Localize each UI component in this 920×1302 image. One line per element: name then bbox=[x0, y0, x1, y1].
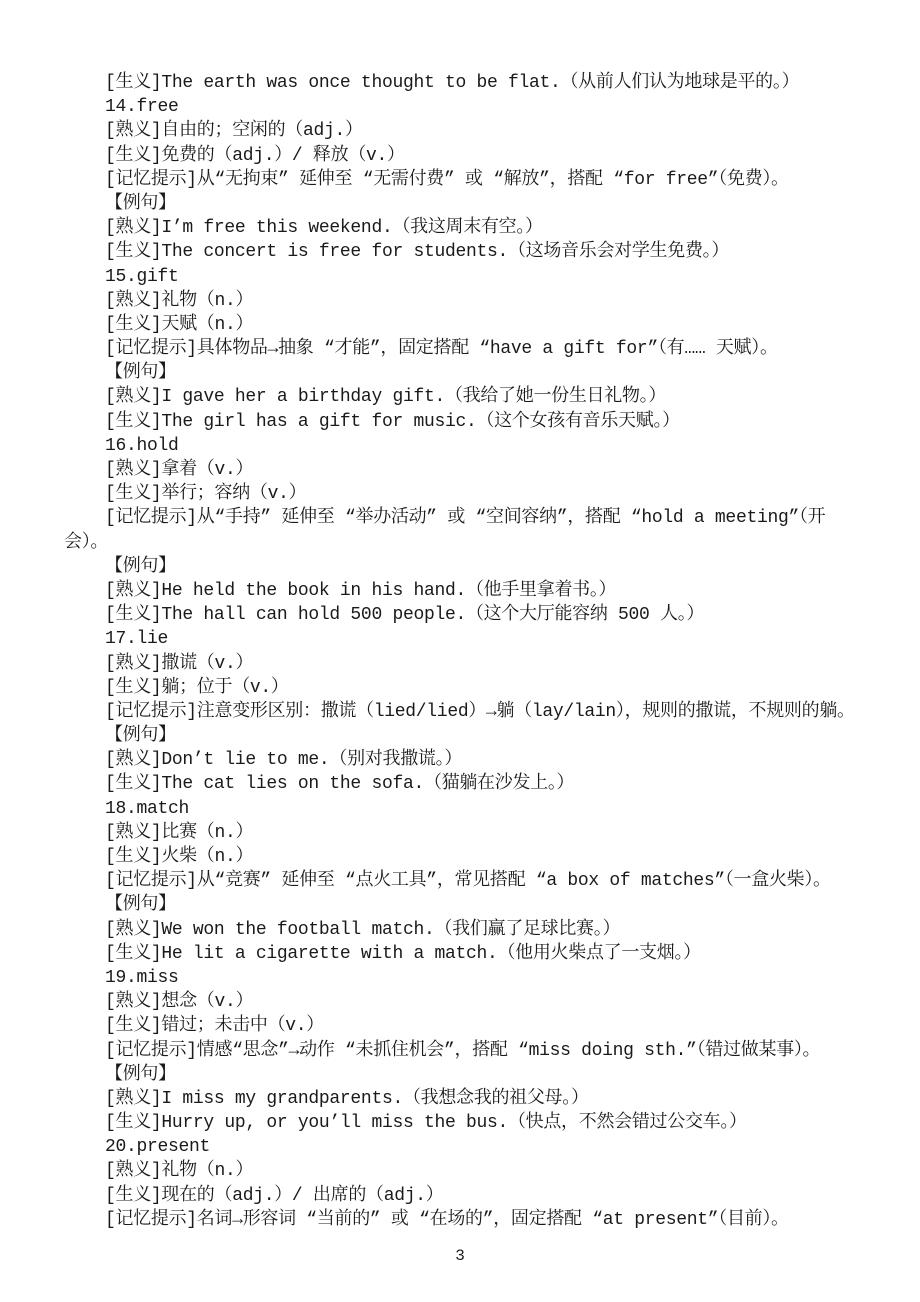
examples-header-line: 【例句】 bbox=[64, 724, 876, 748]
examples-header-line: 【例句】 bbox=[64, 192, 876, 216]
example-new-line: [生义]The girl has a gift for music.（这个女孩有… bbox=[64, 410, 876, 434]
document-body: [生义]The earth was once thought to be fla… bbox=[64, 71, 876, 1232]
entry-header-line: 15.gift bbox=[64, 265, 876, 289]
entry-header-line: 16.hold bbox=[64, 434, 876, 458]
memory-tip-line: [记忆提示]从“无拘束” 延伸至 “无需付费” 或 “解放”，搭配 “for f… bbox=[64, 168, 876, 192]
example-familiar-line: [熟义]He held the book in his hand.（他手里拿着书… bbox=[64, 579, 876, 603]
example-familiar-line: [熟义]I gave her a birthday gift.（我给了她一份生日… bbox=[64, 385, 876, 409]
memory-tip-line: [记忆提示]从“竞赛” 延伸至 “点火工具”，常见搭配 “a box of ma… bbox=[64, 869, 876, 893]
memory-tip-continuation-line: 会）。 bbox=[64, 531, 876, 555]
memory-tip-line: [记忆提示]注意变形区别：撒谎（lied/lied）→躺（lay/lain），规… bbox=[64, 700, 876, 724]
familiar-sense-line: [熟义]想念（v.） bbox=[64, 990, 876, 1014]
new-sense-line: [生义]火柴（n.） bbox=[64, 845, 876, 869]
example-new-line: [生义]The hall can hold 500 people.（这个大厅能容… bbox=[64, 603, 876, 627]
examples-header-line: 【例句】 bbox=[64, 555, 876, 579]
entry-header-line: 17.lie bbox=[64, 627, 876, 651]
example-familiar-line: [熟义]Don’t lie to me.（别对我撒谎。） bbox=[64, 748, 876, 772]
new-sense-line: [生义]举行；容纳（v.） bbox=[64, 482, 876, 506]
page-number: 3 bbox=[0, 1246, 920, 1266]
new-sense-line: [生义]现在的（adj.）/ 出席的（adj.） bbox=[64, 1184, 876, 1208]
example-familiar-line: [熟义]I miss my grandparents.（我想念我的祖父母。） bbox=[64, 1087, 876, 1111]
new-sense-line: [生义]错过；未击中（v.） bbox=[64, 1014, 876, 1038]
entry-header-line: 18.match bbox=[64, 797, 876, 821]
example-familiar-line: [熟义]We won the football match.（我们赢了足球比赛。… bbox=[64, 918, 876, 942]
examples-header-line: 【例句】 bbox=[64, 1063, 876, 1087]
example-new-line: [生义]The earth was once thought to be fla… bbox=[64, 71, 876, 95]
example-new-line: [生义]The cat lies on the sofa.（猫躺在沙发上。） bbox=[64, 772, 876, 796]
examples-header-line: 【例句】 bbox=[64, 361, 876, 385]
memory-tip-line: [记忆提示]具体物品→抽象 “才能”，固定搭配 “have a gift for… bbox=[64, 337, 876, 361]
entry-header-line: 20.present bbox=[64, 1135, 876, 1159]
familiar-sense-line: [熟义]比赛（n.） bbox=[64, 821, 876, 845]
example-new-line: [生义]The concert is free for students.（这场… bbox=[64, 240, 876, 264]
memory-tip-line: [记忆提示]从“手持” 延伸至 “举办活动” 或 “空间容纳”，搭配 “hold… bbox=[64, 506, 876, 530]
familiar-sense-line: [熟义]撒谎（v.） bbox=[64, 652, 876, 676]
new-sense-line: [生义]躺；位于（v.） bbox=[64, 676, 876, 700]
familiar-sense-line: [熟义]自由的；空闲的（adj.） bbox=[64, 119, 876, 143]
entry-header-line: 19.miss bbox=[64, 966, 876, 990]
entry-header-line: 14.free bbox=[64, 95, 876, 119]
document-page: [生义]The earth was once thought to be fla… bbox=[0, 0, 920, 1302]
examples-header-line: 【例句】 bbox=[64, 893, 876, 917]
example-new-line: [生义]He lit a cigarette with a match.（他用火… bbox=[64, 942, 876, 966]
example-new-line: [生义]Hurry up, or you’ll miss the bus.（快点… bbox=[64, 1111, 876, 1135]
familiar-sense-line: [熟义]礼物（n.） bbox=[64, 1159, 876, 1183]
familiar-sense-line: [熟义]拿着（v.） bbox=[64, 458, 876, 482]
memory-tip-line: [记忆提示]情感“思念”→动作 “未抓住机会”，搭配 “miss doing s… bbox=[64, 1039, 876, 1063]
example-familiar-line: [熟义]I’m free this weekend.（我这周末有空。） bbox=[64, 216, 876, 240]
memory-tip-line: [记忆提示]名词→形容词 “当前的” 或 “在场的”，固定搭配 “at pres… bbox=[64, 1208, 876, 1232]
new-sense-line: [生义]天赋（n.） bbox=[64, 313, 876, 337]
new-sense-line: [生义]免费的（adj.）/ 释放（v.） bbox=[64, 144, 876, 168]
familiar-sense-line: [熟义]礼物（n.） bbox=[64, 289, 876, 313]
